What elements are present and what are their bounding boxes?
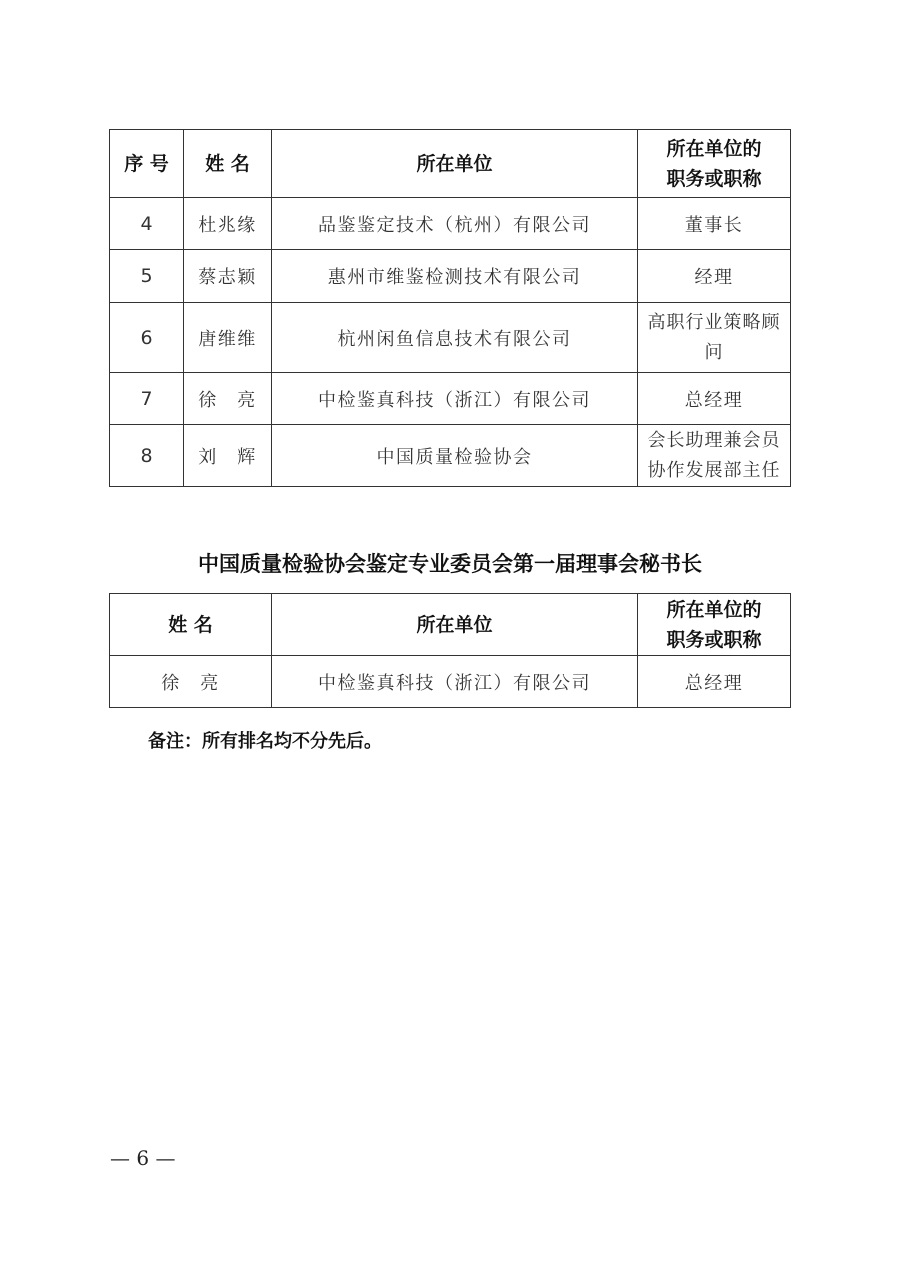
- header-name: 姓 名: [110, 594, 272, 656]
- header-title: 所在单位的 职务或职称: [638, 130, 791, 198]
- header-unit: 所在单位: [272, 594, 638, 656]
- table-row: 徐 亮 中检鉴真科技（浙江）有限公司 总经理: [110, 656, 791, 708]
- page-number: — 6 —: [110, 1146, 175, 1170]
- members-table: 序 号 姓 名 所在单位 所在单位的 职务或职称 4 杜兆缘 品鉴鉴定技术（杭州…: [109, 129, 791, 487]
- table-row: 8 刘 辉 中国质量检验协会 会长助理兼会员 协作发展部主任: [110, 425, 791, 487]
- table-header-row: 序 号 姓 名 所在单位 所在单位的 职务或职称: [110, 130, 791, 198]
- table-header-row: 姓 名 所在单位 所在单位的 职务或职称: [110, 594, 791, 656]
- header-unit: 所在单位: [272, 130, 638, 198]
- header-no: 序 号: [110, 130, 184, 198]
- secretary-general-table: 姓 名 所在单位 所在单位的 职务或职称 徐 亮 中检鉴真科技（浙江）有限公司 …: [109, 593, 791, 708]
- footnote: 备注：所有排名均不分先后。: [148, 727, 382, 753]
- header-title: 所在单位的 职务或职称: [638, 594, 791, 656]
- table-row: 7 徐 亮 中检鉴真科技（浙江）有限公司 总经理: [110, 373, 791, 425]
- header-name: 姓 名: [184, 130, 272, 198]
- table-row: 5 蔡志颖 惠州市维鉴检测技术有限公司 经理: [110, 250, 791, 303]
- section-title: 中国质量检验协会鉴定专业委员会第一届理事会秘书长: [0, 548, 900, 578]
- table-row: 6 唐维维 杭州闲鱼信息技术有限公司 高职行业策略顾 问: [110, 303, 791, 373]
- table-row: 4 杜兆缘 品鉴鉴定技术（杭州）有限公司 董事长: [110, 198, 791, 250]
